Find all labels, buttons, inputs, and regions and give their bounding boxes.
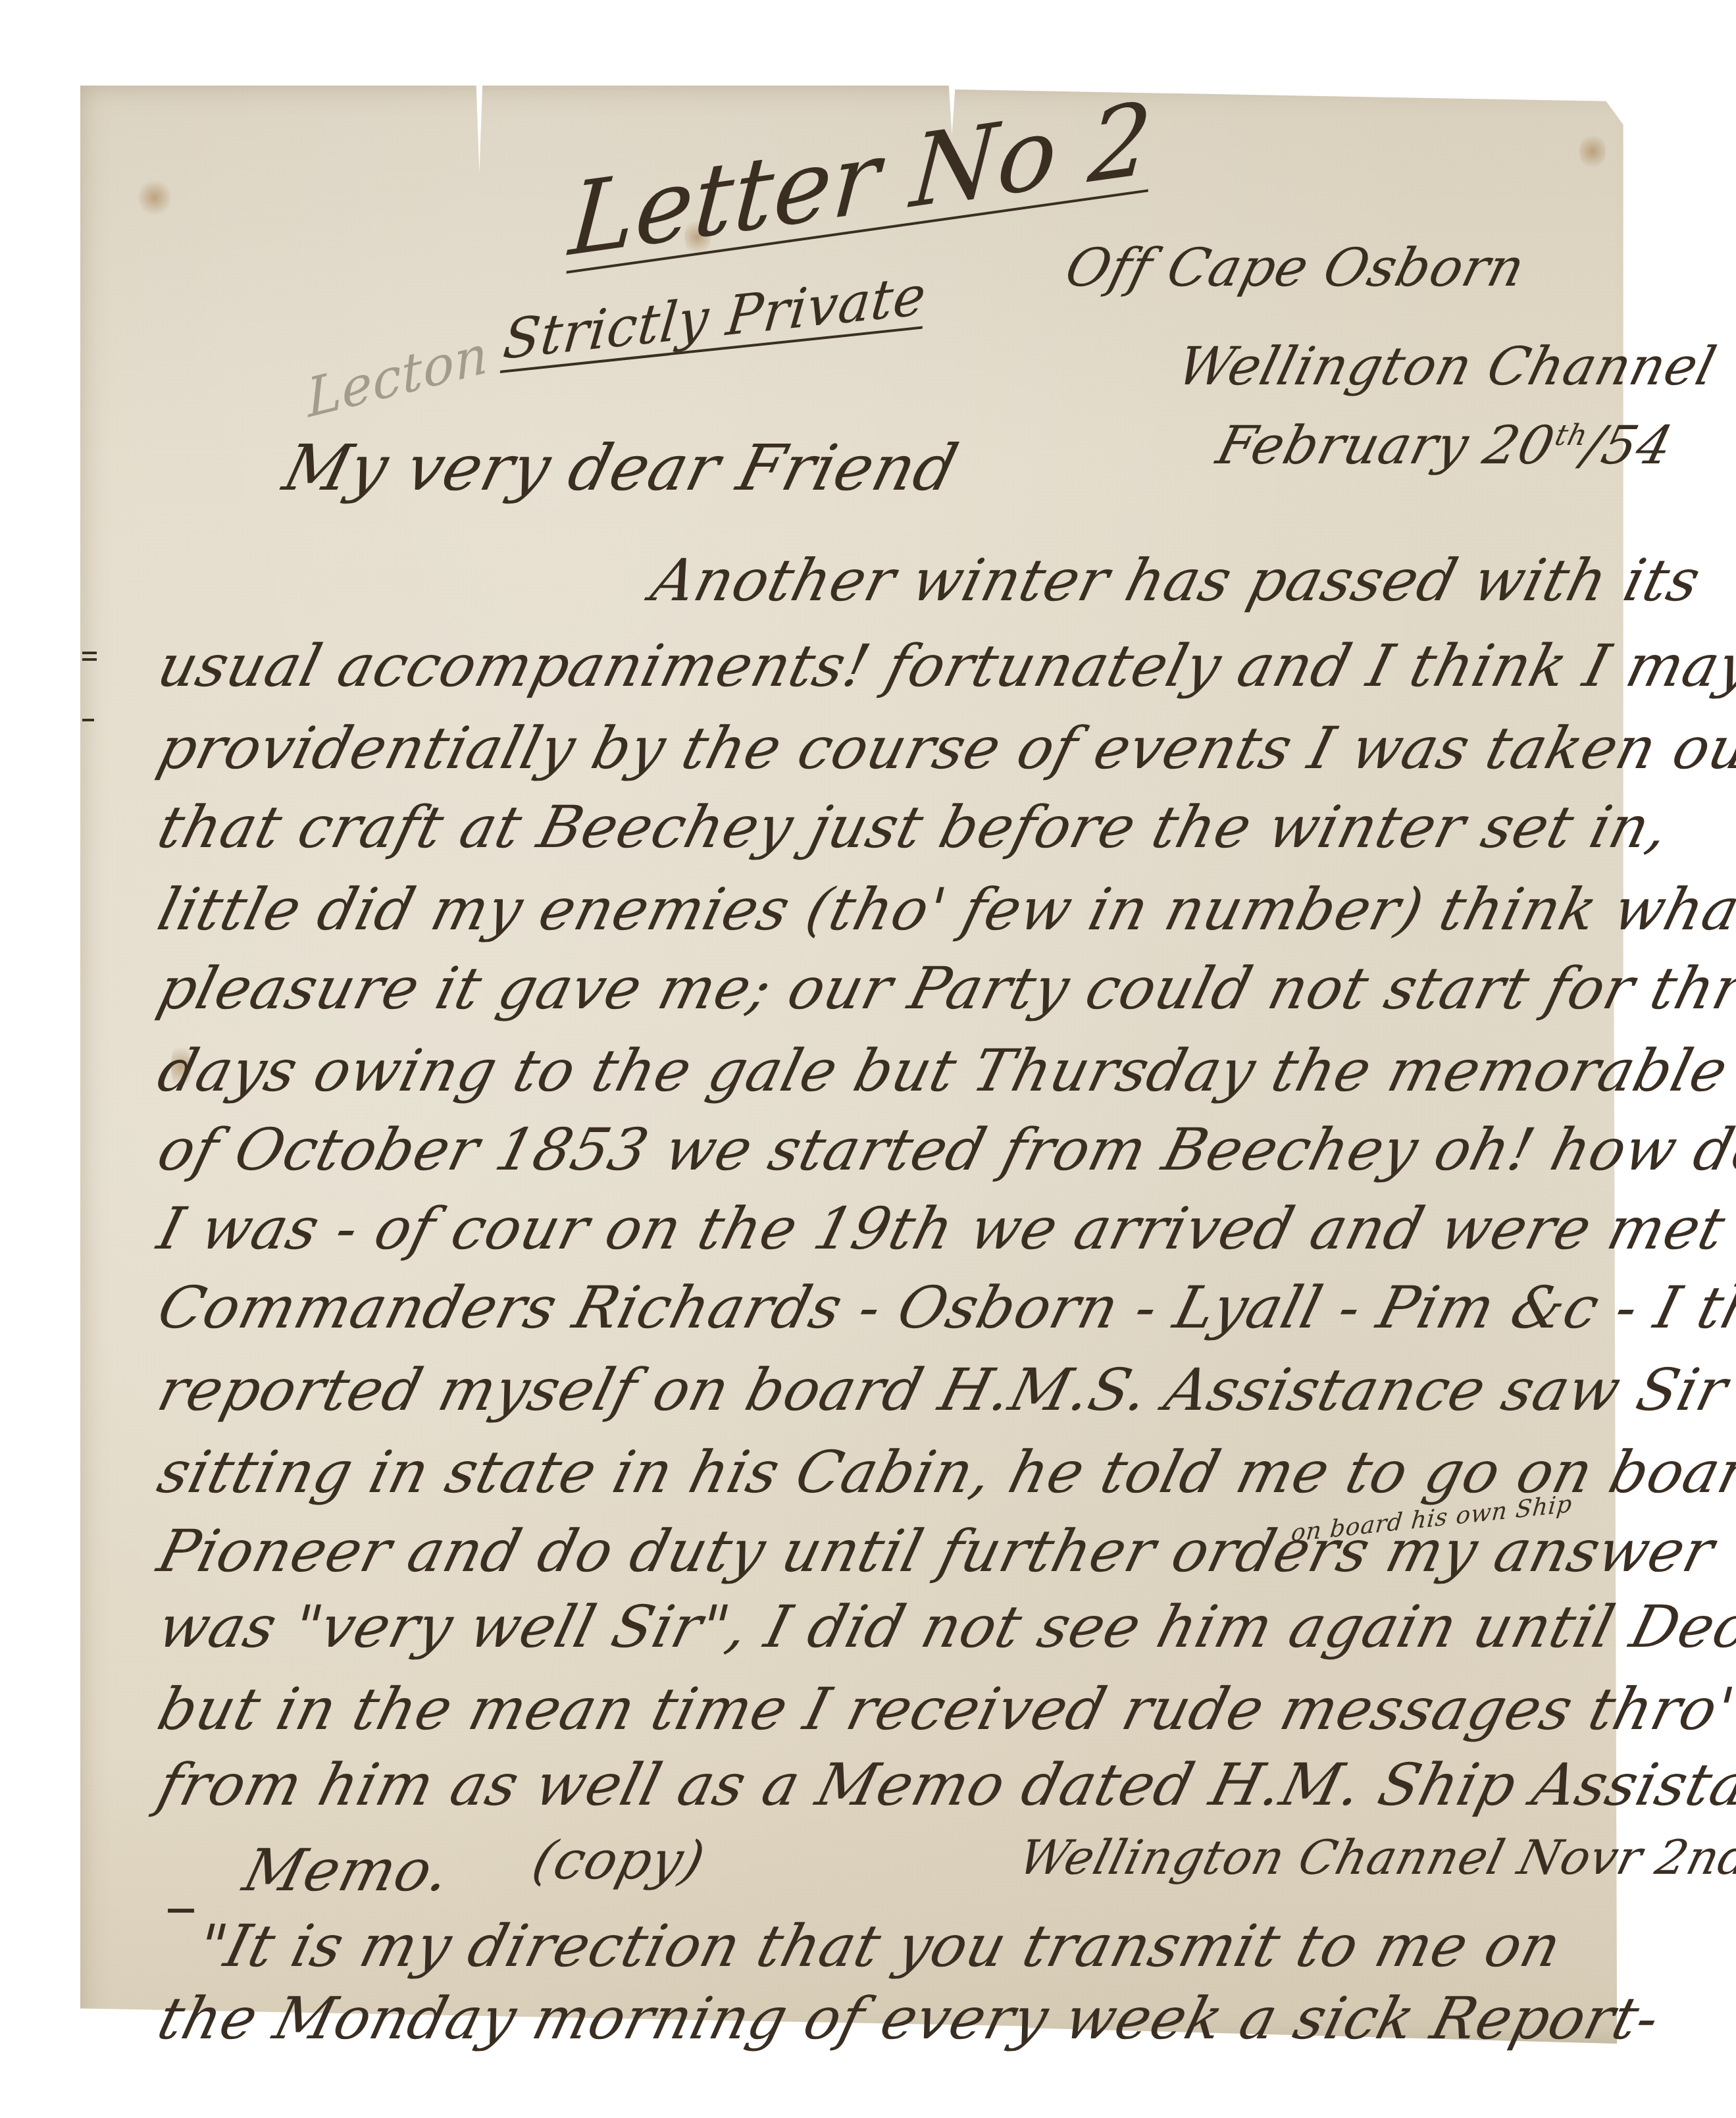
body-line: Commanders Richards - Osborn - Lyall - P…: [151, 1274, 1736, 1341]
salutation: My very dear Friend: [276, 431, 965, 505]
body-line: was "very well Sir", I did not see him a…: [151, 1593, 1736, 1661]
margin-mark: [82, 719, 94, 721]
body-line: usual accompaniments! fortunately and I …: [151, 632, 1736, 700]
memo-dash: [168, 1909, 194, 1913]
foxing-stain: [138, 178, 171, 217]
body-line: pleasure it gave me; our Party could not…: [151, 954, 1736, 1022]
foxing-stain: [1579, 132, 1606, 171]
body-line: of October 1853 we started from Beechey …: [151, 1116, 1736, 1183]
margin-mark: [82, 658, 97, 661]
address-line-2: Wellington Channel: [1171, 336, 1722, 397]
memo-label: Memo.: [237, 1836, 458, 1904]
body-line: sitting in state in his Cabin, he told m…: [151, 1438, 1736, 1506]
body-line: providentially by the course of events I…: [151, 714, 1736, 782]
address-line-1: Off Cape Osborn: [1059, 237, 1531, 298]
body-line: I was - of cour on the 19th we arrived a…: [151, 1195, 1736, 1262]
margin-mark: [82, 652, 97, 654]
body-line: but in the mean time I received rude mes…: [151, 1675, 1736, 1743]
body-line: that craft at Beechey just before the wi…: [151, 793, 1676, 861]
memo-line: the Monday morning of every week a sick …: [151, 1984, 1666, 2052]
memo-copy-note: (copy): [526, 1830, 711, 1891]
body-line: little did my enemies (tho' few in numbe…: [151, 875, 1736, 943]
date-text: February 20: [1211, 415, 1561, 476]
letter-date: February 20th/54: [1211, 415, 1679, 476]
memo-line: "It is my direction that you transmit to…: [191, 1912, 1568, 1980]
body-line: days owing to the gale but Thursday the …: [151, 1037, 1736, 1104]
body-line: from him as well as a Memo dated H.M. Sh…: [151, 1751, 1736, 1819]
body-line: Another winter has passed with its: [645, 546, 1708, 614]
body-line: reported myself on board H.M.S. Assistan…: [151, 1356, 1736, 1424]
memo-place-date: Wellington Channel Novr 2nd/53: [1013, 1830, 1736, 1885]
body-line: Pioneer and do duty until further orders…: [151, 1517, 1722, 1585]
date-year: /54: [1577, 415, 1679, 476]
